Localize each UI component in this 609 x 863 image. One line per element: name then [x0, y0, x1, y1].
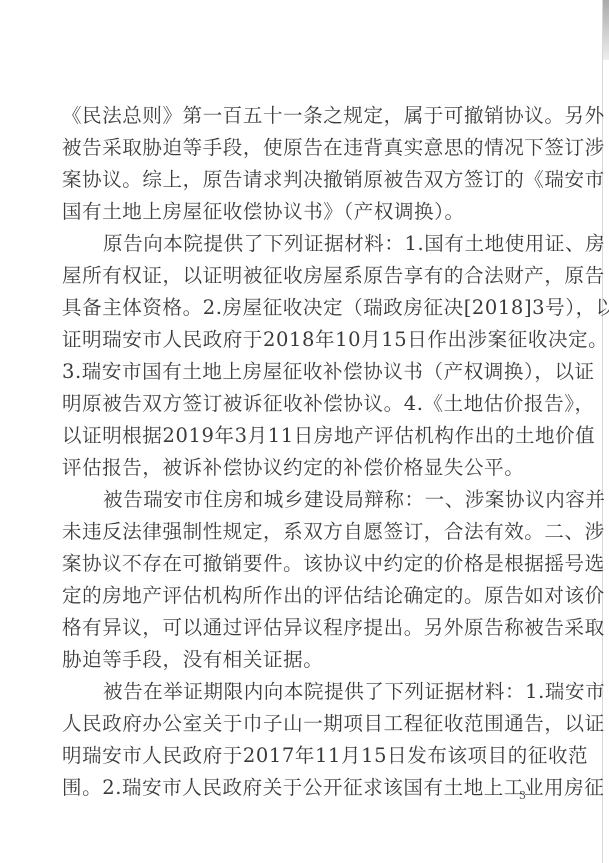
text-line: 具备主体资格。2.房屋征收决定（瑞政房征决[2018]3号），以	[62, 292, 554, 324]
text-line: 以证明根据2019年3月11日房地产评估机构作出的土地价值	[62, 420, 554, 452]
paragraph-2: 原告向本院提供了下列证据材料：1.国有土地使用证、房 屋所有权证，以证明被征收房…	[62, 228, 554, 484]
text-line: 3.瑞安市国有土地上房屋征收补偿协议书（产权调换），以证	[62, 356, 554, 388]
text-line: 评估报告，被诉补偿协议约定的补偿价格显失公平。	[62, 452, 554, 484]
text-line: 胁迫等手段，没有相关证据。	[62, 644, 554, 676]
page-number: 3	[519, 789, 526, 802]
text-line: 明瑞安市人民政府于2017年11月15日发布该项目的征收范	[62, 740, 554, 772]
text-line: 未违反法律强制性规定，系双方自愿签订，合法有效。二、涉	[62, 516, 554, 548]
text-line: 国有土地上房屋征收偿协议书》（产权调换）。	[62, 196, 554, 228]
paragraph-1: 《民法总则》第一百五十一条之规定，属于可撤销协议。另外 被告采取胁迫等手段，使原…	[62, 100, 554, 228]
text-line: 证明瑞安市人民政府于2018年10月15日作出涉案征收决定。	[62, 324, 554, 356]
text-line: 围。2.瑞安市人民政府关于公开征求该国有土地上工业用房征	[62, 772, 554, 804]
text-line: 被告在举证期限内向本院提供了下列证据材料：1.瑞安市	[62, 676, 554, 708]
text-line: 明原被告双方签订被诉征收补偿协议。4.《土地估价报告》，	[62, 388, 554, 420]
text-line: 格有异议，可以通过评估异议程序提出。另外原告称被告采取	[62, 612, 554, 644]
text-line: 人民政府办公室关于巾子山一期项目工程征收范围通告，以证	[62, 708, 554, 740]
text-line: 案协议不存在可撤销要件。该协议中约定的价格是根据摇号选	[62, 548, 554, 580]
text-line: 《民法总则》第一百五十一条之规定，属于可撤销协议。另外	[62, 100, 554, 132]
text-line: 被告瑞安市住房和城乡建设局辩称：一、涉案协议内容并	[62, 484, 554, 516]
paragraph-3: 被告瑞安市住房和城乡建设局辩称：一、涉案协议内容并 未违反法律强制性规定，系双方…	[62, 484, 554, 676]
text-line: 定的房地产评估机构所作出的评估结论确定的。原告如对该价	[62, 580, 554, 612]
page-corner-shadow	[603, 0, 609, 60]
text-line: 被告采取胁迫等手段，使原告在违背真实意思的情况下签订涉	[62, 132, 554, 164]
document-body: 《民法总则》第一百五十一条之规定，属于可撤销协议。另外 被告采取胁迫等手段，使原…	[62, 100, 554, 804]
text-line: 屋所有权证，以证明被征收房屋系原告享有的合法财产，原告	[62, 260, 554, 292]
text-line: 案协议。综上，原告请求判决撤销原被告双方签订的《瑞安市	[62, 164, 554, 196]
document-page: 《民法总则》第一百五十一条之规定，属于可撤销协议。另外 被告采取胁迫等手段，使原…	[0, 0, 609, 863]
paragraph-4: 被告在举证期限内向本院提供了下列证据材料：1.瑞安市 人民政府办公室关于巾子山一…	[62, 676, 554, 804]
text-line: 原告向本院提供了下列证据材料：1.国有土地使用证、房	[62, 228, 554, 260]
